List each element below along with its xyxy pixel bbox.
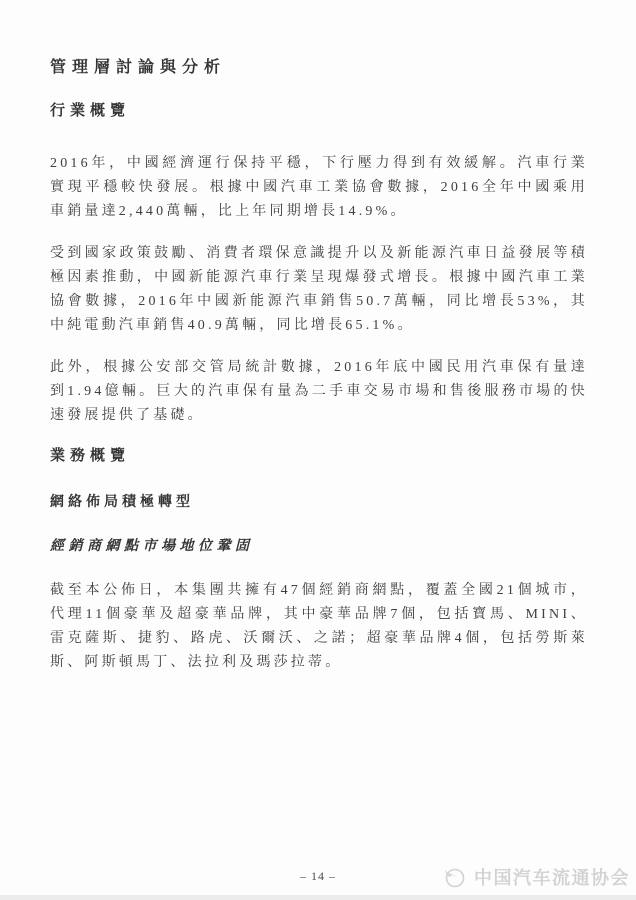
watermark: 中国汽车流通协会 <box>442 864 630 890</box>
subheading-network-transformation: 網絡佈局積極轉型 <box>50 491 588 511</box>
doc-title: 管理層討論與分析 <box>50 54 588 77</box>
subheading-dealer-network: 經銷商網點市場地位鞏固 <box>50 535 588 555</box>
section-heading-business-overview: 業務概覽 <box>50 444 588 465</box>
report-page: 管理層討論與分析 行業概覽 2016年，中國經濟運行保持平穩，下行壓力得到有效緩… <box>0 0 636 900</box>
cada-logo-icon <box>442 864 468 890</box>
section-heading-industry-overview: 行業概覽 <box>50 99 588 120</box>
paragraph-economy: 2016年，中國經濟運行保持平穩，下行壓力得到有效緩解。汽車行業實現平穩較快發展… <box>50 152 588 224</box>
page-bottom-edge <box>0 895 636 900</box>
paragraph-new-energy: 受到國家政策鼓勵、消費者環保意識提升以及新能源汽車日益發展等積極因素推動，中國新… <box>50 242 588 338</box>
watermark-text: 中国汽车流通协会 <box>474 864 630 890</box>
page-content: 管理層討論與分析 行業概覽 2016年，中國經濟運行保持平穩，下行壓力得到有效緩… <box>50 54 588 693</box>
paragraph-car-ownership: 此外，根據公安部交管局統計數據，2016年底中國民用汽車保有量達到1.94億輛。… <box>50 356 588 428</box>
paragraph-dealer-network: 截至本公佈日，本集團共擁有47個經銷商網點，覆蓋全國21個城市，代理11個豪華及… <box>50 579 588 675</box>
